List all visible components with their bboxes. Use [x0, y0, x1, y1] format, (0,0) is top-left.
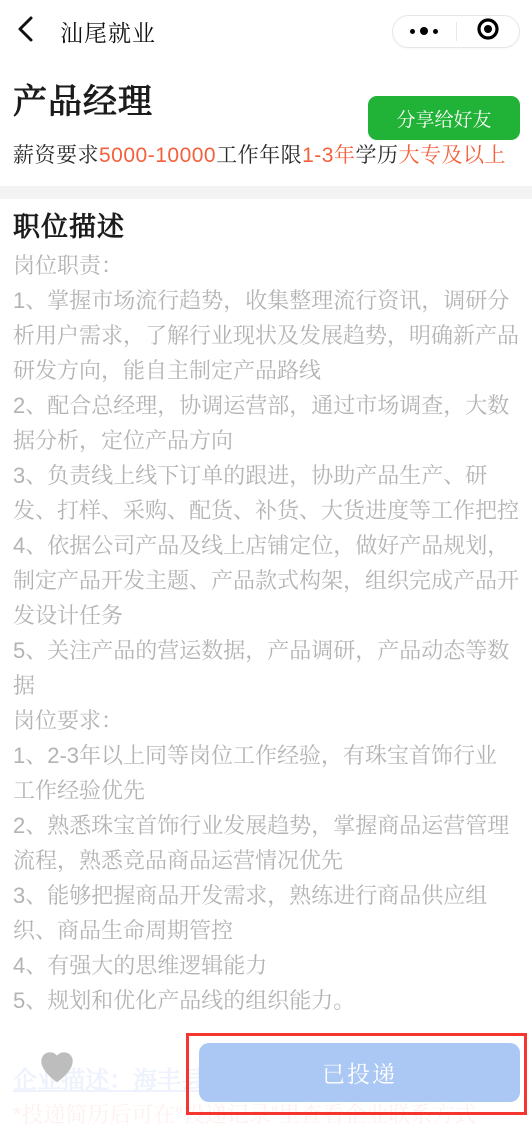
wechat-capsule: [392, 15, 520, 48]
submitted-button[interactable]: 已投递: [199, 1043, 520, 1102]
page-title: 汕尾就业: [60, 15, 156, 48]
more-button[interactable]: [393, 16, 456, 47]
description-paragraph: 4、有强大的思维逻辑能力: [13, 948, 519, 983]
description-paragraph: 岗位职责：: [13, 248, 519, 283]
education-label: 学历: [355, 144, 398, 167]
description-paragraph: 3、能够把握商品开发需求，熟练进行商品供应组织、商品生命周期管控: [13, 878, 519, 948]
description-paragraph: 1、2-3年以上同等岗位工作经验，有珠宝首饰行业工作经验优先: [13, 738, 519, 808]
three-dots-icon: [410, 27, 438, 35]
favorite-button[interactable]: [34, 1042, 80, 1088]
section-divider: [0, 186, 532, 199]
job-meta-line: 薪资要求5000-10000工作年限1-3年学历大专及以上: [13, 141, 519, 171]
description-paragraph: 1、掌握市场流行趋势，收集整理流行资讯，调研分析用户需求，了解行业现状及发展趋势…: [13, 283, 519, 388]
description-paragraph: 5、关注产品的营运数据，产品调研，产品动态等数据: [13, 633, 519, 703]
description-paragraph: 5、规划和优化产品线的组织能力。: [13, 983, 519, 1018]
close-minimize-button[interactable]: [457, 16, 520, 47]
chevron-left-icon: [16, 15, 34, 48]
salary-label: 薪资要求: [13, 144, 99, 167]
description-paragraph: 4、依据公司产品及线上店铺定位，做好产品规划，制定产品开发主题、产品款式构架，组…: [13, 528, 519, 633]
education-value: 大专及以上: [398, 144, 506, 167]
miniprogram-screen: 汕尾就业 产品经理 分享给好友 薪资要求5000-10000工: [0, 0, 532, 1126]
description-body: 岗位职责：1、掌握市场流行趋势，收集整理流行资讯，调研分析用户需求，了解行业现状…: [13, 248, 519, 1018]
salary-value: 5000-10000: [99, 144, 216, 167]
back-button[interactable]: [16, 17, 40, 45]
experience-label: 工作年限: [216, 144, 302, 167]
nav-bar: 汕尾就业: [0, 0, 532, 62]
description-paragraph: 2、配合总经理，协调运营部，通过市场调查，大数据分析，定位产品方向: [13, 388, 519, 458]
share-button[interactable]: 分享给好友: [368, 96, 520, 140]
record-circle-icon: [476, 17, 500, 46]
description-paragraph: 3、负责线上线下订单的跟进，协助产品生产、研发、打样、采购、配货、补货、大货进度…: [13, 458, 519, 528]
experience-value: 1-3年: [302, 144, 355, 167]
description-heading: 职位描述: [13, 212, 519, 242]
heart-icon: [34, 1075, 80, 1092]
description-paragraph: 岗位要求：: [13, 703, 519, 738]
description-paragraph: 2、熟悉珠宝首饰行业发展趋势，掌握商品运营管理流程，熟悉竞品商品运营情况优先: [13, 808, 519, 878]
job-header: 产品经理 分享给好友 薪资要求5000-10000工作年限1-3年学历大专及以上: [0, 80, 532, 171]
job-description-section: 职位描述 岗位职责：1、掌握市场流行趋势，收集整理流行资讯，调研分析用户需求，了…: [0, 212, 532, 1018]
